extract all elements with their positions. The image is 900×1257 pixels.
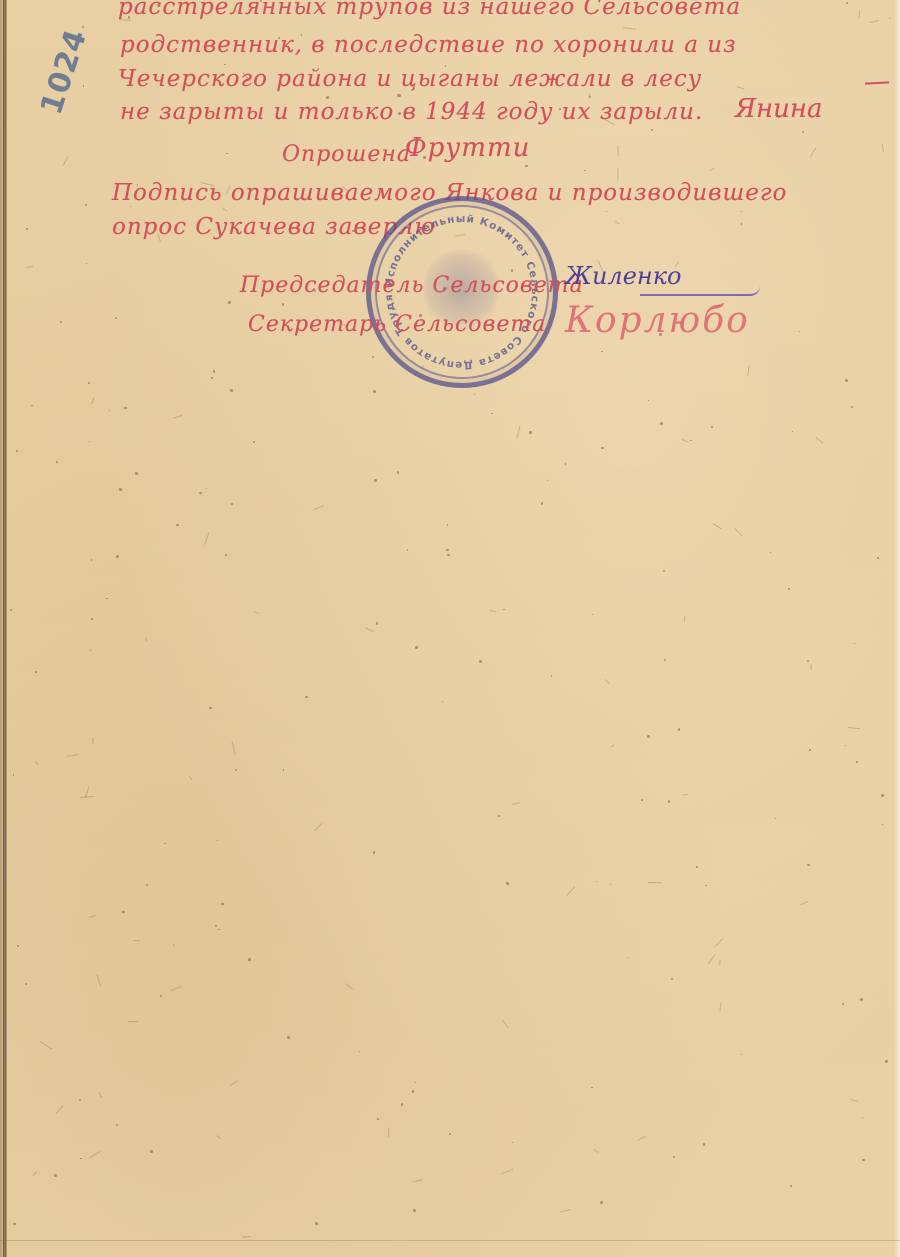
chairman-title: Председатель Сельсовета <box>240 273 584 298</box>
body-line-1: расстрелянных трупов из нашего Сельсовет… <box>118 0 741 20</box>
body-line-4: не зарыты и только в 1944 году их зарыли… <box>120 99 703 125</box>
bottom-fold-line <box>0 1240 900 1241</box>
signature-flourish <box>865 81 889 84</box>
body-line-3: Чечерского района и цыганы лежали в лесу <box>118 66 702 92</box>
secretary-signature: Корлюбо <box>565 300 750 341</box>
secretary-title: Секретарь Сельсовета <box>248 312 546 337</box>
right-page-edge <box>894 0 900 1257</box>
body-line-2: родственник, в последствие по хоронили а… <box>120 32 737 58</box>
witness-signature: Янина <box>735 94 823 124</box>
left-binding-line <box>3 0 4 1257</box>
questioned-signature: Фрутти <box>405 133 530 163</box>
margin-pencil-note: 1024 <box>34 25 94 119</box>
questioned-label: Опрошена <box>282 142 411 167</box>
chairman-signature-flourish <box>640 286 760 296</box>
document-page: 1024 расстрелянных трупов из нашего Сель… <box>0 0 900 1257</box>
